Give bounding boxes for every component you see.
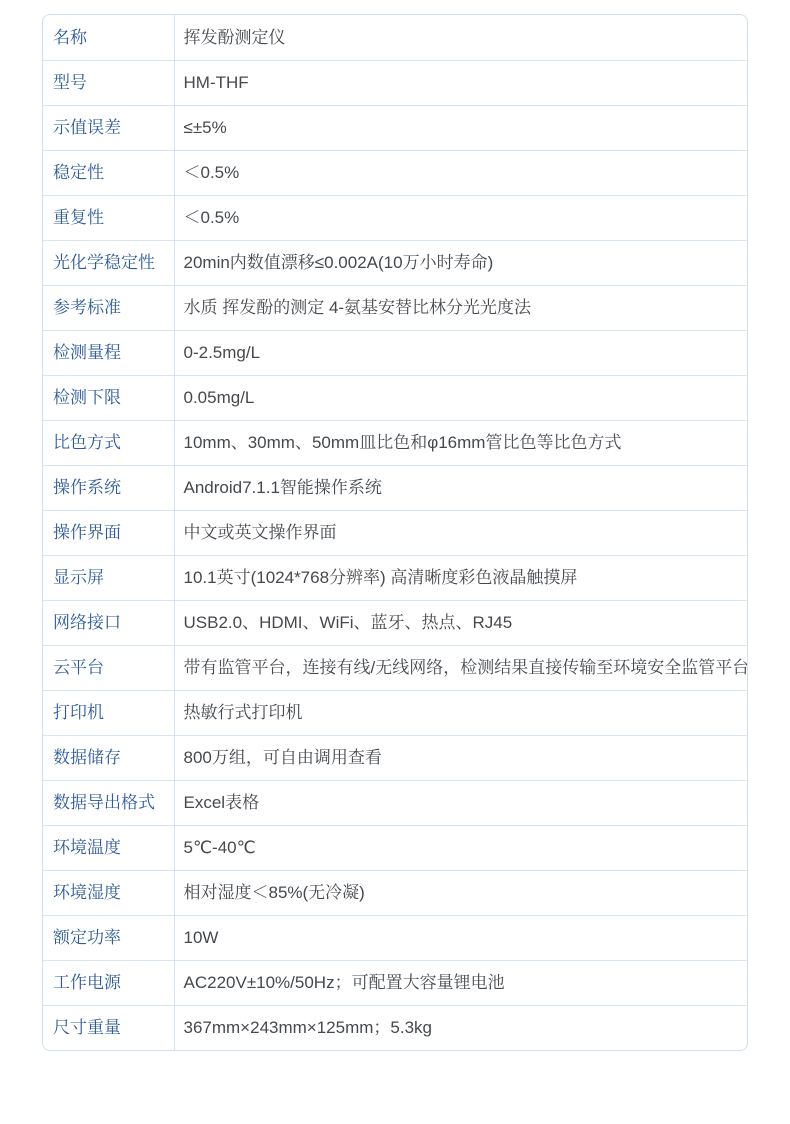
spec-label: 显示屏 xyxy=(43,555,174,600)
spec-row: 打印机 热敏行式打印机 xyxy=(43,690,747,735)
spec-row: 名称 挥发酚测定仪 xyxy=(43,15,747,60)
spec-value: 367mm×243mm×125mm；5.3kg xyxy=(174,1005,747,1050)
spec-row: 数据导出格式 Excel表格 xyxy=(43,780,747,825)
spec-value: 10.1英寸(1024*768分辨率) 高清晰度彩色液晶触摸屏 xyxy=(174,555,747,600)
spec-label: 尺寸重量 xyxy=(43,1005,174,1050)
spec-label: 比色方式 xyxy=(43,420,174,465)
spec-label: 操作系统 xyxy=(43,465,174,510)
spec-value: 10mm、30mm、50mm皿比色和φ16mm管比色等比色方式 xyxy=(174,420,747,465)
spec-label: 云平台 xyxy=(43,645,174,690)
spec-row: 参考标准 水质 挥发酚的测定 4-氨基安替比林分光光度法 xyxy=(43,285,747,330)
spec-value: Android7.1.1智能操作系统 xyxy=(174,465,747,510)
page: 名称 挥发酚测定仪 型号 HM-THF 示值误差 ≤±5% 稳定性 ＜0.5% … xyxy=(0,14,790,1124)
spec-value: ＜0.5% xyxy=(174,195,747,240)
spec-value: 800万组，可自由调用查看 xyxy=(174,735,747,780)
spec-row: 显示屏 10.1英寸(1024*768分辨率) 高清晰度彩色液晶触摸屏 xyxy=(43,555,747,600)
spec-label: 环境温度 xyxy=(43,825,174,870)
spec-value: AC220V±10%/50Hz；可配置大容量锂电池 xyxy=(174,960,747,1005)
spec-value: Excel表格 xyxy=(174,780,747,825)
spec-row: 示值误差 ≤±5% xyxy=(43,105,747,150)
spec-row: 云平台 带有监管平台，连接有线/无线网络，检测结果直接传输至环境安全监管平台 xyxy=(43,645,747,690)
spec-label: 示值误差 xyxy=(43,105,174,150)
spec-value: 5℃-40℃ xyxy=(174,825,747,870)
spec-label: 操作界面 xyxy=(43,510,174,555)
spec-value: 20min内数值漂移≤0.002A(10万小时寿命) xyxy=(174,240,747,285)
spec-row: 环境湿度 相对湿度＜85%(无冷凝) xyxy=(43,870,747,915)
spec-value: 0-2.5mg/L xyxy=(174,330,747,375)
spec-label: 型号 xyxy=(43,60,174,105)
spec-row: 数据储存 800万组，可自由调用查看 xyxy=(43,735,747,780)
spec-label: 数据导出格式 xyxy=(43,780,174,825)
spec-row: 重复性 ＜0.5% xyxy=(43,195,747,240)
spec-value: ≤±5% xyxy=(174,105,747,150)
spec-value: 0.05mg/L xyxy=(174,375,747,420)
spec-row: 工作电源 AC220V±10%/50Hz；可配置大容量锂电池 xyxy=(43,960,747,1005)
spec-label: 环境湿度 xyxy=(43,870,174,915)
spec-table: 名称 挥发酚测定仪 型号 HM-THF 示值误差 ≤±5% 稳定性 ＜0.5% … xyxy=(42,14,748,1051)
spec-label: 额定功率 xyxy=(43,915,174,960)
spec-table-body: 名称 挥发酚测定仪 型号 HM-THF 示值误差 ≤±5% 稳定性 ＜0.5% … xyxy=(43,15,747,1050)
spec-value: USB2.0、HDMI、WiFi、蓝牙、热点、RJ45 xyxy=(174,600,747,645)
spec-label: 数据储存 xyxy=(43,735,174,780)
spec-label: 重复性 xyxy=(43,195,174,240)
spec-value: 热敏行式打印机 xyxy=(174,690,747,735)
spec-value: ＜0.5% xyxy=(174,150,747,195)
spec-row: 检测量程 0-2.5mg/L xyxy=(43,330,747,375)
spec-label: 名称 xyxy=(43,15,174,60)
spec-row: 操作界面 中文或英文操作界面 xyxy=(43,510,747,555)
spec-row: 检测下限 0.05mg/L xyxy=(43,375,747,420)
spec-label: 网络接口 xyxy=(43,600,174,645)
spec-label: 工作电源 xyxy=(43,960,174,1005)
spec-label: 检测下限 xyxy=(43,375,174,420)
spec-row: 额定功率 10W xyxy=(43,915,747,960)
spec-label: 光化学稳定性 xyxy=(43,240,174,285)
spec-row: 型号 HM-THF xyxy=(43,60,747,105)
spec-value: HM-THF xyxy=(174,60,747,105)
spec-row: 操作系统 Android7.1.1智能操作系统 xyxy=(43,465,747,510)
spec-label: 检测量程 xyxy=(43,330,174,375)
spec-value: 水质 挥发酚的测定 4-氨基安替比林分光光度法 xyxy=(174,285,747,330)
spec-row: 稳定性 ＜0.5% xyxy=(43,150,747,195)
spec-row: 尺寸重量 367mm×243mm×125mm；5.3kg xyxy=(43,1005,747,1050)
spec-label: 稳定性 xyxy=(43,150,174,195)
spec-table-grid: 名称 挥发酚测定仪 型号 HM-THF 示值误差 ≤±5% 稳定性 ＜0.5% … xyxy=(43,15,747,1050)
spec-row: 光化学稳定性 20min内数值漂移≤0.002A(10万小时寿命) xyxy=(43,240,747,285)
spec-row: 环境温度 5℃-40℃ xyxy=(43,825,747,870)
spec-label: 打印机 xyxy=(43,690,174,735)
spec-value: 相对湿度＜85%(无冷凝) xyxy=(174,870,747,915)
spec-value: 带有监管平台，连接有线/无线网络，检测结果直接传输至环境安全监管平台 xyxy=(174,645,747,690)
spec-value: 挥发酚测定仪 xyxy=(174,15,747,60)
spec-row: 比色方式 10mm、30mm、50mm皿比色和φ16mm管比色等比色方式 xyxy=(43,420,747,465)
spec-value: 中文或英文操作界面 xyxy=(174,510,747,555)
spec-label: 参考标准 xyxy=(43,285,174,330)
spec-row: 网络接口 USB2.0、HDMI、WiFi、蓝牙、热点、RJ45 xyxy=(43,600,747,645)
spec-value: 10W xyxy=(174,915,747,960)
